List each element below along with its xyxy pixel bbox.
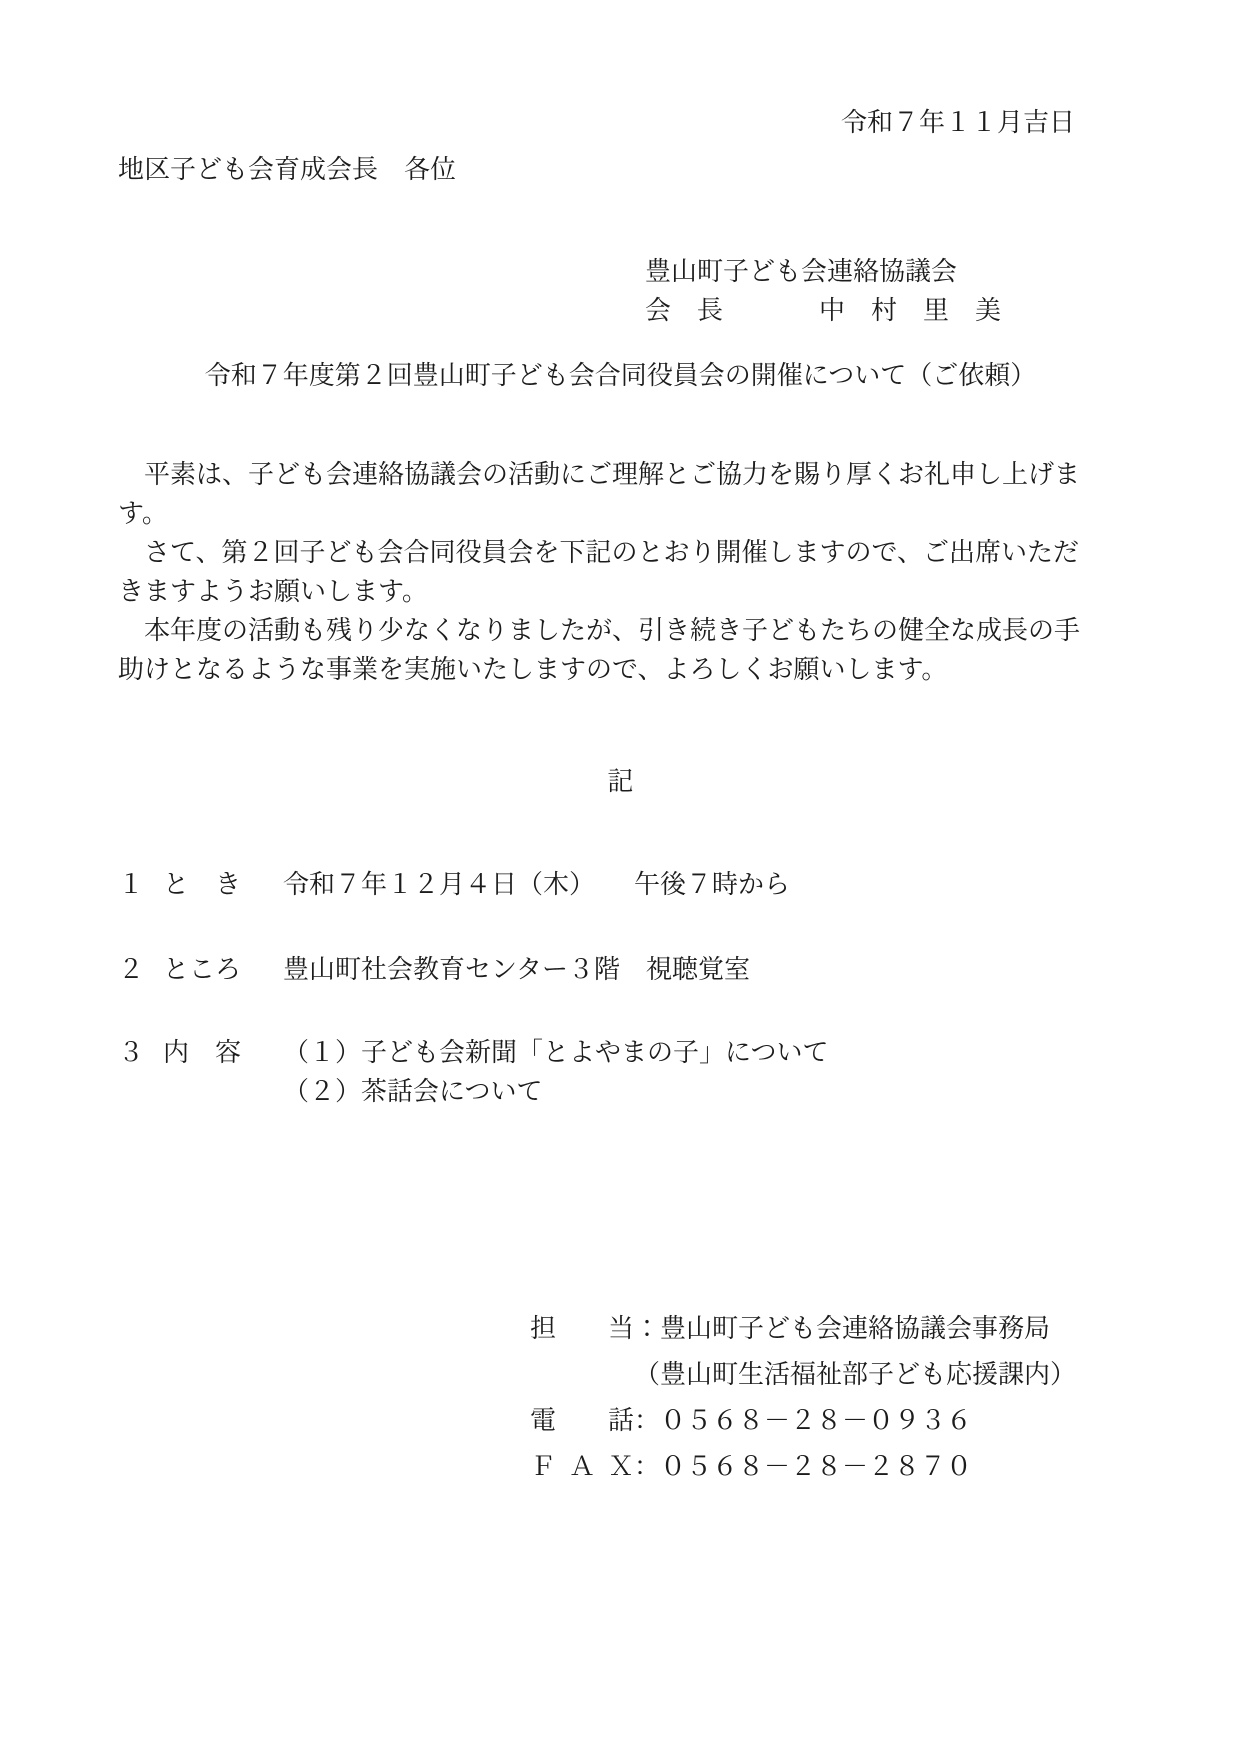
item-label: 内 容 <box>163 1033 283 1072</box>
body-line: 平素は、子ども会連絡協議会の活動にご理解とご協力を賜り厚くお礼申し上げま <box>118 455 1123 494</box>
contact-staff-label: 担当 <box>530 1306 634 1352</box>
sender-organization: 豊山町子ども会連絡協議会 <box>645 252 1123 291</box>
contact-staff-note: （豊山町生活福祉部子ども応援課内） <box>530 1352 1123 1398</box>
body-line: 本年度の活動も残り少なくなりましたが、引き続き子どもたちの健全な成長の手 <box>118 611 1123 650</box>
body-line: す。 <box>118 494 1123 533</box>
contact-tel-value: ０５６８－２８－０９３６ <box>660 1406 972 1435</box>
contact-separator: ： <box>634 1314 660 1343</box>
contact-fax-value: ０５６８－２８－２８７０ <box>660 1452 972 1481</box>
item-value: （１）子ども会新聞「とよやまの子」について <box>283 1033 828 1072</box>
contact-block: 担当：豊山町子ども会連絡協議会事務局 （豊山町生活福祉部子ども応援課内） 電話：… <box>530 1306 1123 1490</box>
sender-name: 中 村 里 美 <box>819 291 1001 330</box>
document-title: 令和７年度第２回豊山町子ども会合同役員会の開催について（ご依頼） <box>118 356 1123 395</box>
contact-tel-row: 電話：０５６８－２８－０９３６ <box>530 1398 1123 1444</box>
sender-signature: 会 長 中 村 里 美 <box>645 291 1123 330</box>
item-number: １ <box>118 865 163 904</box>
contact-fax-row: ＦＡＸ：０５６８－２８－２８７０ <box>530 1444 1123 1490</box>
sender-block: 豊山町子ども会連絡協議会 会 長 中 村 里 美 <box>645 252 1123 330</box>
record-marker: 記 <box>118 762 1123 801</box>
list-item-place: ２ ところ 豊山町社会教育センター３階 視聴覚室 <box>118 950 1123 989</box>
contact-fax-label: ＦＡＸ <box>530 1444 634 1490</box>
document-date: 令和７年１１月吉日 <box>118 103 1123 142</box>
item-number: ２ <box>118 950 163 989</box>
contact-staff-value: 豊山町子ども会連絡協議会事務局 <box>660 1314 1050 1343</box>
item-label: と き <box>163 865 283 904</box>
item-label: ところ <box>163 950 283 989</box>
document-content: 令和７年１１月吉日 地区子ども会育成会長 各位 豊山町子ども会連絡協議会 会 長… <box>118 103 1123 1490</box>
list-item-contents: ３ 内 容 （１）子ども会新聞「とよやまの子」について <box>118 1033 1123 1072</box>
contact-separator: ： <box>634 1406 660 1435</box>
document-page: 令和７年１１月吉日 地区子ども会育成会長 各位 豊山町子ども会連絡協議会 会 長… <box>0 0 1241 1755</box>
item-value: 豊山町社会教育センター３階 視聴覚室 <box>283 950 750 989</box>
contact-tel-label: 電話 <box>530 1398 634 1444</box>
recipient-line: 地区子ども会育成会長 各位 <box>118 150 1123 189</box>
item-value-continued: （２）茶話会について <box>118 1072 1123 1111</box>
item-number: ３ <box>118 1033 163 1072</box>
list-item-time: １ と き 令和７年１２月４日（木） 午後７時から <box>118 865 1123 904</box>
sender-role: 会 長 <box>645 291 723 330</box>
item-value: 令和７年１２月４日（木） 午後７時から <box>283 865 790 904</box>
agenda-items: １ と き 令和７年１２月４日（木） 午後７時から ２ ところ 豊山町社会教育セ… <box>118 865 1123 1111</box>
body-paragraphs: 平素は、子ども会連絡協議会の活動にご理解とご協力を賜り厚くお礼申し上げま す。 … <box>118 455 1123 689</box>
contact-staff-row: 担当：豊山町子ども会連絡協議会事務局 <box>530 1306 1123 1352</box>
body-line: さて、第２回子ども会合同役員会を下記のとおり開催しますので、ご出席いただ <box>118 533 1123 572</box>
body-line: きますようお願いします。 <box>118 572 1123 611</box>
body-line: 助けとなるような事業を実施いたしますので、よろしくお願いします。 <box>118 650 1123 689</box>
contact-separator: ： <box>634 1452 660 1481</box>
